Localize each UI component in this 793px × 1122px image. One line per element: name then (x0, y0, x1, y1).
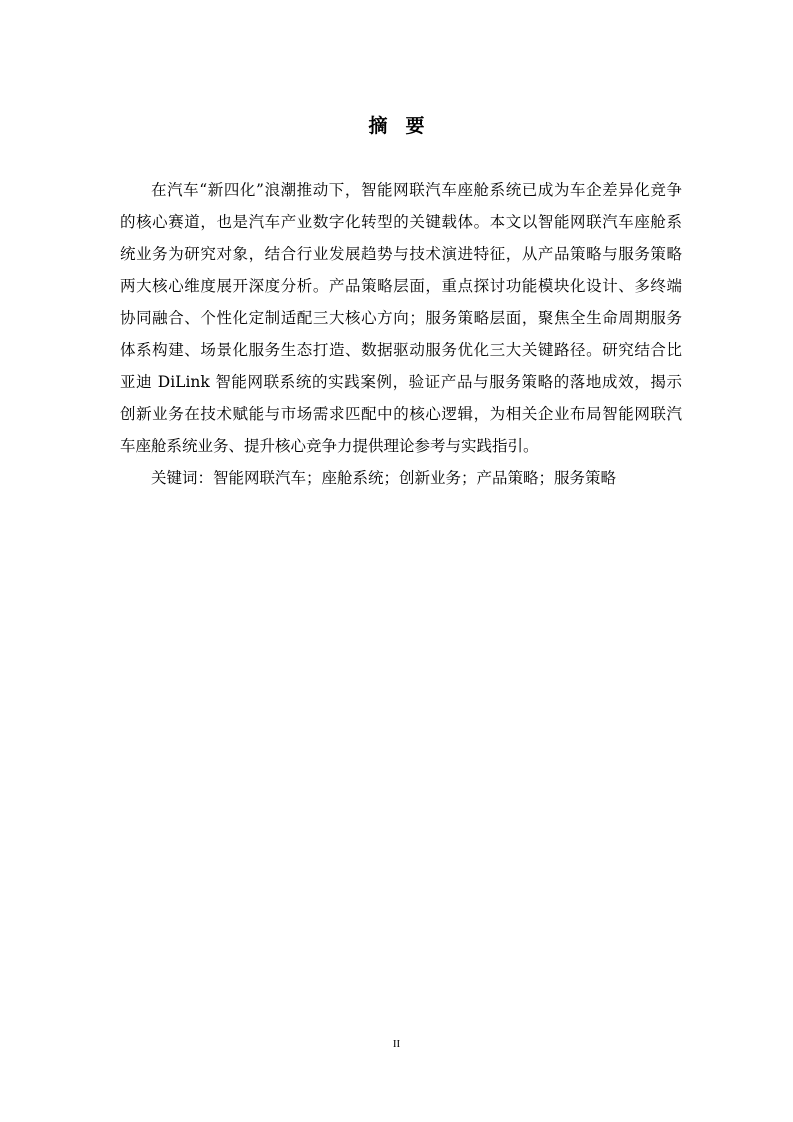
abstract-line: 车座舱系统业务、提升核心竞争力提供理论参考与实践指引。 (120, 430, 682, 462)
abstract-line: 协同融合、个性化定制适配三大核心方向；服务策略层面，聚焦全生命周期服务 (120, 302, 682, 334)
document-page: 摘要 在汽车“新四化”浪潮推动下，智能网联汽车座舱系统已成为车企差异化竞争 的核… (0, 0, 793, 1122)
abstract-line: 两大核心维度展开深度分析。产品策略层面，重点探讨功能模块化设计、多终端 (120, 270, 682, 302)
abstract-line: 创新业务在技术赋能与市场需求匹配中的核心逻辑，为相关企业布局智能网联汽 (120, 398, 682, 430)
abstract-body: 在汽车“新四化”浪潮推动下，智能网联汽车座舱系统已成为车企差异化竞争 的核心赛道… (120, 174, 682, 494)
page-number: II (0, 1037, 793, 1051)
keywords-text: 智能网联汽车；座舱系统；创新业务；产品策略；服务策略 (213, 469, 616, 487)
keywords: 关键词：智能网联汽车；座舱系统；创新业务；产品策略；服务策略 (120, 462, 682, 494)
keywords-label: 关键词： (151, 469, 213, 487)
abstract-line: 亚迪 DiLink 智能网联系统的实践案例，验证产品与服务策略的落地成效，揭示 (120, 366, 682, 398)
abstract-title: 摘要 (0, 112, 793, 140)
abstract-line: 体系构建、场景化服务生态打造、数据驱动服务优化三大关键路径。研究结合比 (120, 334, 682, 366)
abstract-line: 的核心赛道，也是汽车产业数字化转型的关键载体。本文以智能网联汽车座舱系 (120, 206, 682, 238)
abstract-line: 统业务为研究对象，结合行业发展趋势与技术演进特征，从产品策略与服务策略 (120, 238, 682, 270)
abstract-line: 在汽车“新四化”浪潮推动下，智能网联汽车座舱系统已成为车企差异化竞争 (120, 174, 682, 206)
